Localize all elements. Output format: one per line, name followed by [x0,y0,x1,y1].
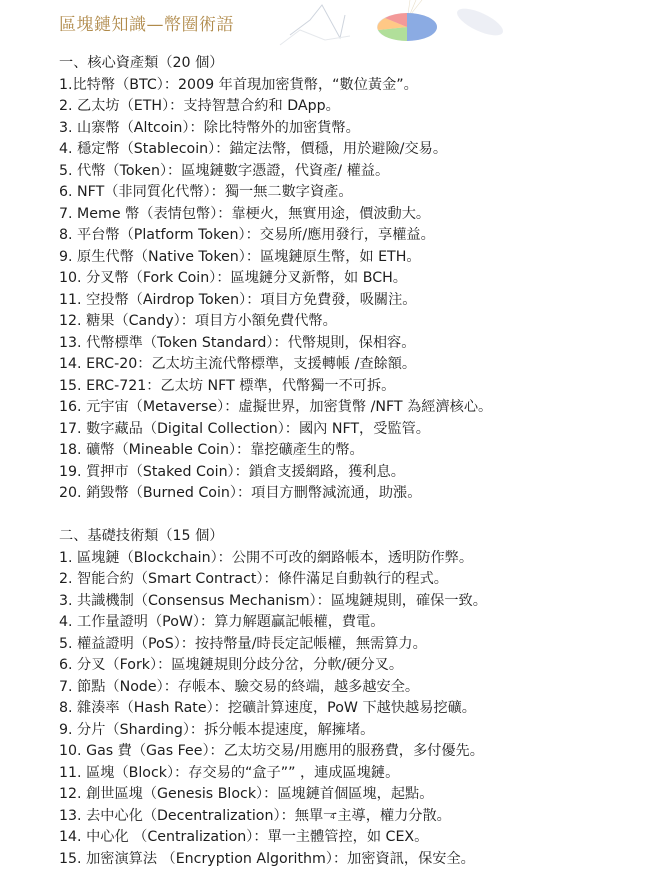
document-body: 一、核心資產類（20 個） 1.比特幣（BTC）：2009 年首現加密貨幣，“數… [59,53,659,870]
list-item: 8. 雜湊率（Hash Rate）：挖礦計算速度，PoW 下越快越易挖礦。 [59,698,659,720]
list-item: 2. 智能合約（Smart Contract）：條件滿足自動執行的程式。 [59,569,659,591]
list-item: 2. 乙太坊（ETH）：支持智慧合約和 DApp。 [59,96,659,118]
list-item: 5. 權益證明（PoS）：按持幣量/時長定記帳權，無需算力。 [59,634,659,656]
list-item: 7. 節點（Node）：存帳本、驗交易的終端，越多越安全。 [59,677,659,699]
list-item: 7. Meme 幣（表情包幣）：靠梗火，無實用途，價波動大。 [59,204,659,226]
page-number: 4 [330,812,335,821]
list-item: 11. 空投幣（Airdrop Token）：項目方免費發，吸關注。 [59,290,659,312]
section-title-basic-tech: 二、基礎技術類（15 個） [59,526,659,548]
list-item: 20. 銷毀幣（Burned Coin）：項目方刪幣減流通，助漲。 [59,483,659,505]
list-item: 18. 礦幣（Mineable Coin）：靠挖礦產生的幣。 [59,440,659,462]
list-item: 10. 分叉幣（Fork Coin）：區塊鏈分叉新幣，如 BCH。 [59,268,659,290]
section-spacer [59,505,659,527]
list-item: 8. 平台幣（Platform Token）：交易所/應用發行，享權益。 [59,225,659,247]
list-item: 17. 數字藏品（Digital Collection）：國內 NFT，受監管。 [59,419,659,441]
list-item: 15. 加密演算法 （Encryption Algorithm）：加密資訊，保安… [59,849,659,871]
list-item: 9. 原生代幣（Native Token）：區塊鏈原生幣，如 ETH。 [59,247,659,269]
list-item: 6. NFT（非同質化代幣）：獨一無二數字資產。 [59,182,659,204]
list-item: 13. 代幣標準（Token Standard）：代幣規則，保相容。 [59,333,659,355]
list-item: 6. 分叉（Fork）：區塊鏈規則分歧分岔，分軟/硬分叉。 [59,655,659,677]
list-item: 19. 質押市（Staked Coin）：鎖倉支援網路，獲利息。 [59,462,659,484]
page-title: 區塊鏈知識—幣圈術語 [59,10,234,35]
section-title-core-assets: 一、核心資產類（20 個） [59,53,659,75]
list-item: 14. ERC-20：乙太坊主流代幣標準，支援轉帳 /查餘額。 [59,354,659,376]
list-item: 12. 創世區塊（Genesis Block）：區塊鏈首個區塊，起點。 [59,784,659,806]
list-item: 3. 共識機制（Consensus Mechanism）：區塊鏈規則，確保一致。 [59,591,659,613]
chart-illustration-icon [270,0,510,60]
page-header: 區塊鏈知識—幣圈術語 [0,0,671,48]
list-item: 12. 糖果（Candy）：項目方小額免費代幣。 [59,311,659,333]
list-item: 3. 山寨幣（Altcoin）：除比特幣外的加密貨幣。 [59,118,659,140]
list-item: 11. 區塊（Block）：存交易的“盒子”” ，連成區塊鏈。 [59,763,659,785]
list-item: 16. 元宇宙（Metaverse）：虛擬世界，加密貨幣 /NFT 為經濟核心。 [59,397,659,419]
list-item: 4. 穩定幣（Stablecoin）：錨定法幣，價穩，用於避險/交易。 [59,139,659,161]
list-item: 13. 去中心化（Decentralization）：無單一主導，權力分散。 [59,806,659,828]
list-item: 5. 代幣（Token）：區塊鏈數字憑證，代資產/ 權益。 [59,161,659,183]
list-item: 1.比特幣（BTC）：2009 年首現加密貨幣，“數位黃金”。 [59,75,659,97]
list-item: 4. 工作量證明（PoW）：算力解題贏記帳權，費電。 [59,612,659,634]
list-item: 10. Gas 費（Gas Fee）：乙太坊交易/用應用的服務費，多付優先。 [59,741,659,763]
list-item: 1. 區塊鏈（Blockchain）：公開不可改的網路帳本，透明防作弊。 [59,548,659,570]
list-item: 15. ERC-721：乙太坊 NFT 標準，代幣獨一不可拆。 [59,376,659,398]
list-item: 14. 中心化 （Centralization）：單一主體管控，如 CEX。 [59,827,659,849]
list-item: 9. 分片（Sharding）：拆分帳本提速度，解擁堵。 [59,720,659,742]
